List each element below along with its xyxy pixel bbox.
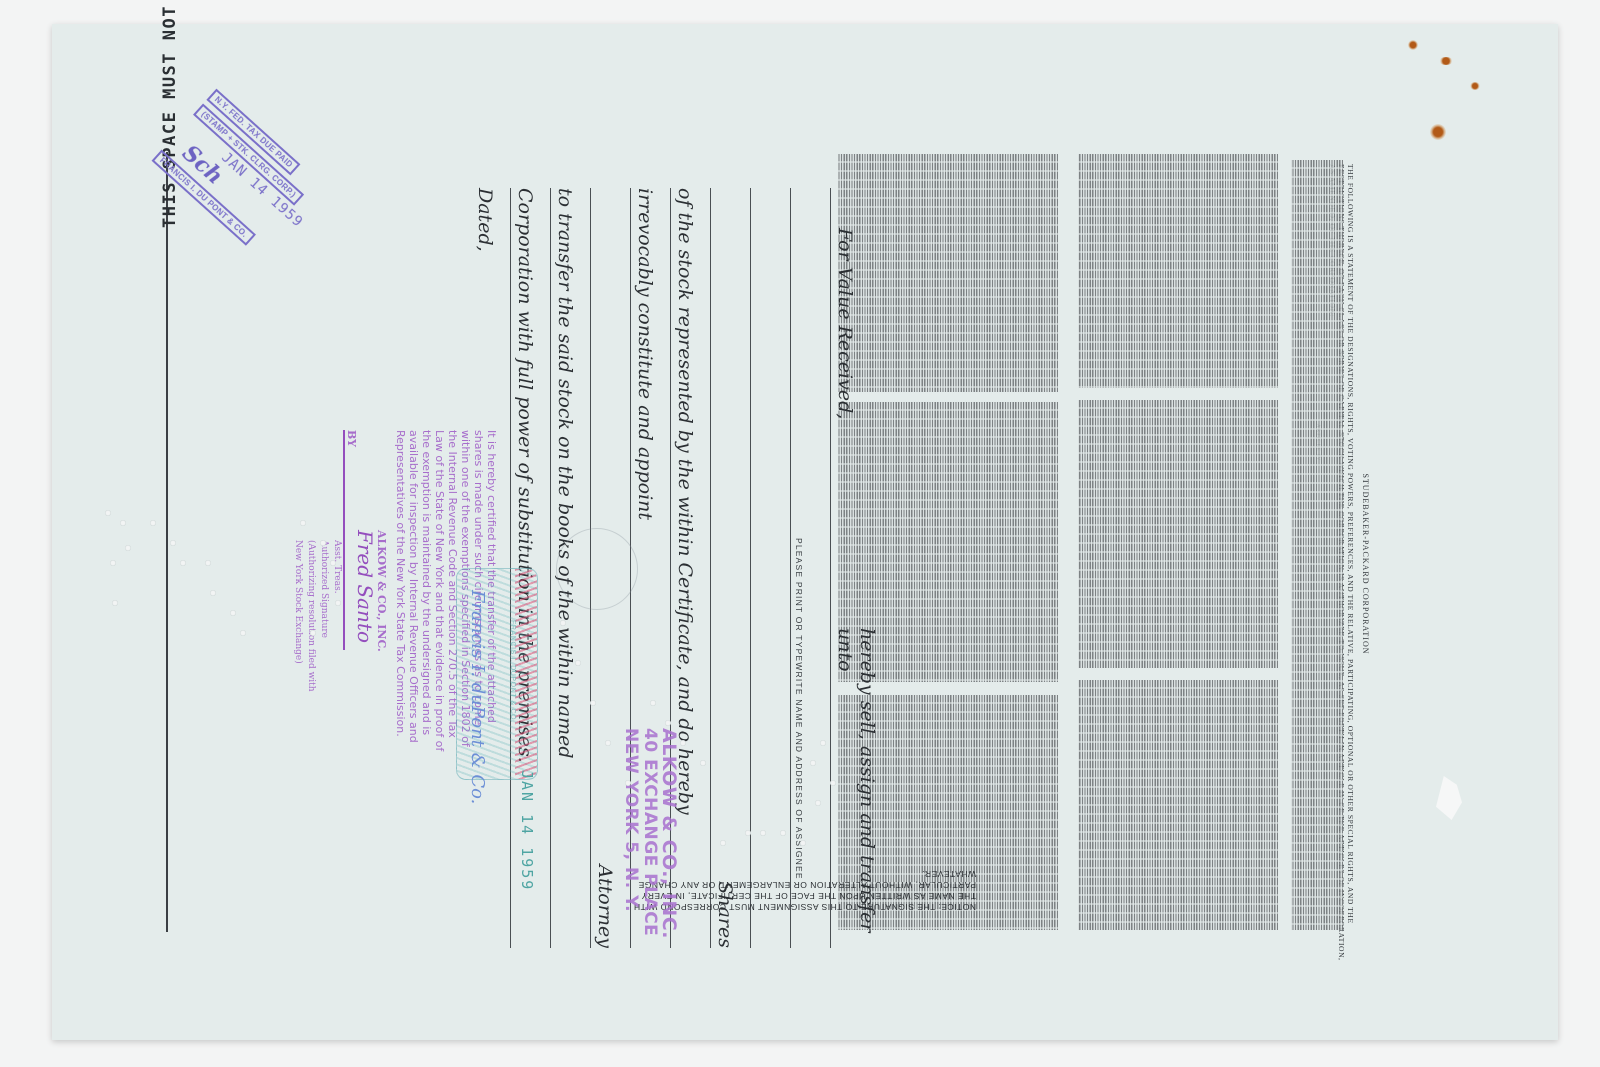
rust-stain: [1439, 57, 1453, 65]
certifier-title: Asst. Treas.: [330, 540, 343, 760]
guarantor-printed-name: FRANCIS I. DUPONT & CO.: [509, 620, 516, 723]
fine-print-column: [838, 154, 1058, 392]
faint-seal: [556, 528, 638, 610]
rust-stain: [1430, 124, 1446, 140]
assignee-stamp: ALKOW & CO., INC. 40 EXCHANGE PLACE NEW …: [621, 728, 678, 939]
upside-down-document: THIS SPACE MUST NOT BE COVERED IN ANY WA…: [52, 24, 1558, 1040]
for-value-row[interactable]: For Value Received, hereby sell, assign …: [830, 188, 870, 948]
rust-stain: [1408, 40, 1418, 50]
certificate-paper: THIS SPACE MUST NOT BE COVERED IN ANY WA…: [52, 24, 1558, 1040]
certifier-signature: Fred Santo: [358, 530, 371, 760]
assignee-hint: PLEASE PRINT OR TYPEWRITE NAME AND ADDRE…: [794, 538, 804, 880]
fine-print-column: [1291, 160, 1343, 930]
guarantor-signature: Francis I. duPont & Co.: [467, 590, 488, 804]
rust-stain: [1470, 82, 1480, 90]
attorney-label: Attorney: [594, 865, 616, 948]
margin-rule: [167, 152, 169, 932]
fine-print-column: [1078, 680, 1278, 930]
paper-tear: [1436, 776, 1462, 820]
fine-print-column: [1078, 154, 1278, 388]
dated-label: Dated,: [474, 188, 496, 252]
corporation-header: STUDEBAKER-PACKARD CORPORATION: [1361, 164, 1370, 964]
for-value-received: For Value Received,: [834, 228, 856, 419]
fine-print-column: [1078, 400, 1278, 668]
transfer-date-stamp: JAN 14 1959: [518, 770, 536, 891]
assignee-name-field[interactable]: PLEASE PRINT OR TYPEWRITE NAME AND ADDRE…: [790, 188, 830, 948]
shares-field[interactable]: Shares: [710, 188, 750, 948]
